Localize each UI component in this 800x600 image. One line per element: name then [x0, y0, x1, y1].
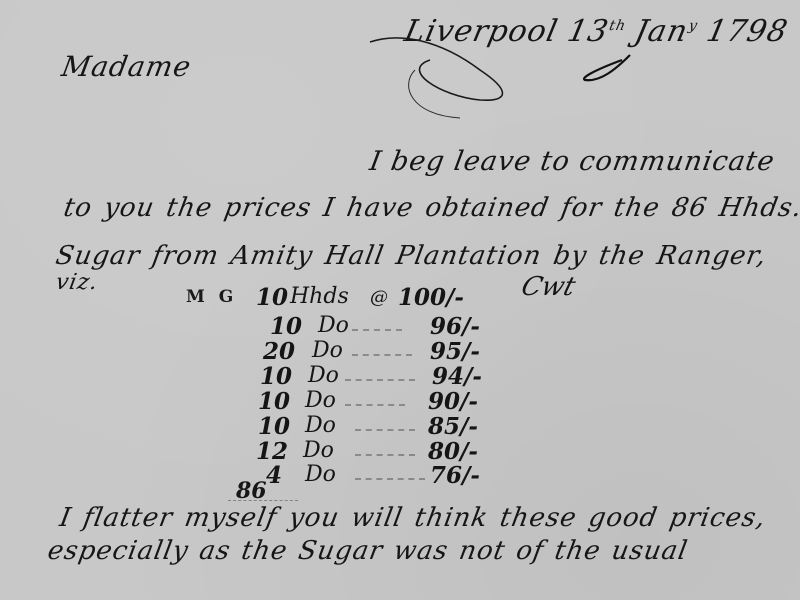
row-qty: 10 [270, 313, 302, 340]
row-qty: 4 [266, 462, 282, 489]
salutation: Madame [59, 50, 194, 83]
date-month: Jany [632, 14, 701, 49]
body-line-3: Sugar from Amity Hall Plantation by the … [53, 241, 769, 271]
row-price: 94/- [432, 363, 482, 390]
total-qty: 86 [236, 478, 267, 504]
row-price: 95/- [430, 338, 480, 365]
at-symbol: @ [370, 287, 388, 308]
table-row: 10 Do 90/- [0, 388, 560, 414]
body-line-2: to you the prices I have obtained for th… [61, 193, 800, 223]
row-price: 96/- [430, 313, 480, 340]
row-unit: Do [305, 462, 336, 487]
row-price: 85/- [428, 413, 478, 440]
row-price: 76/- [430, 462, 480, 489]
row-unit: Do [318, 313, 349, 338]
row-qty: 20 [263, 338, 295, 365]
body-line-5: I flatter myself you will think these go… [57, 503, 768, 533]
leader-dots [355, 429, 415, 431]
leader-dots [352, 354, 412, 356]
place-name: Liverpool [401, 14, 561, 49]
table-row: 20 Do 95/- [0, 338, 560, 364]
date-year: 1798 [703, 14, 791, 49]
table-row: 10 Do 94/- [0, 363, 560, 389]
letter-page: Liverpool 13th Jany 1798 Madame I beg le… [0, 0, 800, 600]
row-qty: 10 [260, 363, 292, 390]
table-row: 4 Do 76/- [0, 462, 560, 488]
row-unit: Do [312, 338, 343, 363]
body-line-6: especially as the Sugar was not of the u… [45, 536, 690, 566]
row-price: 80/- [428, 438, 478, 465]
row-price: 100/- [398, 284, 464, 311]
body-line-1: I beg leave to communicate [367, 146, 777, 177]
dateline: Liverpool 13th Jany 1798 [401, 14, 791, 49]
row-unit: Hhds [290, 284, 349, 309]
leader-dots [355, 454, 415, 456]
row-qty: 10 [258, 388, 290, 415]
table-row: 10 Hhds @ 100/- [0, 284, 560, 310]
leader-dots [345, 404, 405, 406]
table-row: 12 Do 80/- [0, 438, 560, 464]
row-unit: Do [303, 438, 334, 463]
leader-dots [345, 379, 415, 381]
leader-dots [352, 329, 402, 331]
date-day: 13th [564, 14, 628, 49]
row-qty: 10 [256, 284, 288, 311]
row-unit: Do [308, 363, 339, 388]
row-qty: 12 [256, 438, 288, 465]
row-qty: 10 [258, 413, 290, 440]
table-row: 10 Do 96/- [0, 313, 560, 339]
row-price: 90/- [428, 388, 478, 415]
leader-dots [355, 478, 425, 480]
row-unit: Do [305, 413, 336, 438]
row-unit: Do [305, 388, 336, 413]
table-row: 10 Do 85/- [0, 413, 560, 439]
